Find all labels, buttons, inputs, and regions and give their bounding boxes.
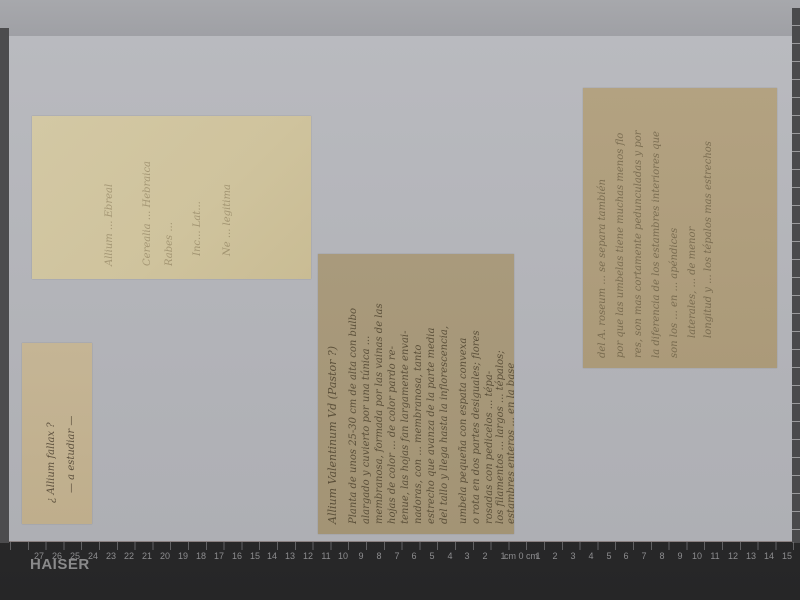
ruler-label: 1	[535, 551, 540, 561]
manuscript-card-d: del A. roseum ... se separa también por …	[583, 88, 777, 368]
handwriting-line: la diferencia de los estambres interiore…	[651, 131, 662, 358]
ruler-label: 6	[411, 551, 416, 561]
handwriting-line: Allium ... Ebreal	[104, 184, 115, 266]
ruler-label: 12	[303, 551, 313, 561]
ruler-ticks	[0, 542, 800, 550]
ruler-label: 2	[482, 551, 487, 561]
ruler-label: 18	[196, 551, 206, 561]
ruler-label: 5	[429, 551, 434, 561]
handwriting-line: Rabes ...	[164, 222, 175, 266]
handwriting-line: Ne ... legitima	[222, 184, 233, 256]
ruler-label: 5	[606, 551, 611, 561]
handwriting-line: ¿ Allium fallax ?	[46, 422, 57, 503]
ruler-label: 11	[321, 551, 330, 561]
ruler-label: 10	[338, 551, 348, 561]
handwriting-line: Cerealia ... Hebraica	[142, 161, 153, 266]
handwriting-line: membranosa, formada por las vainas de la…	[374, 303, 385, 524]
handwriting-line: rosadas con pedicelos ... tépa-	[484, 371, 495, 524]
ruler-label: 16	[232, 551, 242, 561]
ruler-label: 19	[178, 551, 188, 561]
ruler-label: 13	[285, 551, 295, 561]
ruler-label: 3	[570, 551, 575, 561]
ruler-label: 2	[552, 551, 557, 561]
ruler-label: 3	[464, 551, 469, 561]
handwriting-line: hojas de color ... de color pardo re-	[387, 346, 398, 524]
ruler-label: 12	[728, 551, 738, 561]
ruler-label: 11	[710, 551, 719, 561]
handwriting-line: del A. roseum ... se separa también	[597, 179, 608, 358]
manuscript-card-c: Allium Valentinum Vd (Pastor ?) Planta d…	[318, 254, 514, 534]
ruler-label: 8	[376, 551, 381, 561]
handwriting-line: o rota en dos partes desiguales; flores	[471, 330, 482, 524]
ruler-label: 20	[160, 551, 170, 561]
ruler-label: 14	[764, 551, 774, 561]
ruler-label: 14	[267, 551, 277, 561]
ruler-label: 7	[641, 551, 646, 561]
ruler-label: 8	[659, 551, 664, 561]
ruler-label: 4	[447, 551, 452, 561]
ruler-label: 4	[588, 551, 593, 561]
handwriting-line: laterales, ... de menor	[687, 227, 698, 338]
ruler-label: 6	[623, 551, 628, 561]
mat-left-edge	[0, 28, 9, 543]
ruler-label: 15	[250, 551, 260, 561]
ruler-label: 13	[746, 551, 756, 561]
cm-ruler: 27 26 25 24 23 22 21 20 19 18 17 16 15 1…	[0, 542, 800, 600]
ruler-label: 7	[394, 551, 399, 561]
handwriting-line: son los ... en ... apéndices	[669, 228, 680, 358]
handwriting-line: alargado y cuvierto por una túnica ...	[361, 336, 372, 524]
mat-grid-strip	[792, 8, 800, 543]
handwriting-line: res, son mas cortamente pedunculadas y p…	[633, 130, 644, 358]
brand-logo: HAISER	[30, 556, 90, 573]
handwriting-line: estrecho que avanza de la parte media	[426, 328, 437, 524]
ruler-label: 15	[782, 551, 792, 561]
ruler-label: 17	[214, 551, 224, 561]
handwriting-title: Allium Valentinum Vd (Pastor ?)	[326, 346, 339, 524]
handwriting-line: — a estudiar —	[66, 416, 77, 493]
manuscript-slip-b: ¿ Allium fallax ? — a estudiar —	[22, 343, 92, 524]
handwriting-line: nadoras, con ... membranosa, tanto	[413, 345, 424, 524]
handwriting-line: tenue, las hojas fan largamente envai-	[400, 331, 411, 525]
handwriting-line: umbela pequeña con espata convexa	[458, 338, 469, 524]
ruler-label: 22	[124, 551, 134, 561]
ruler-label: 23	[106, 551, 116, 561]
ruler-label: 9	[358, 551, 363, 561]
handwriting-line: del tallo y llega hasta la inflorescenci…	[439, 326, 450, 524]
handwriting-line: longitud y ... los tépalos mas estrechos	[703, 141, 714, 338]
ruler-label: 10	[692, 551, 702, 561]
handwriting-line: estambres enteros ... en la base	[506, 363, 514, 524]
manuscript-sheet-a: Allium ... Ebreal Cerealia ... Hebraica …	[32, 116, 311, 279]
ruler-label: 9	[677, 551, 682, 561]
backdrop	[0, 0, 800, 36]
handwriting-line: por que las umbelas tiene muchas menos f…	[615, 133, 626, 358]
ruler-label: 21	[142, 551, 152, 561]
handwriting-line: Inc... Lat...	[192, 201, 203, 256]
ruler-center-label: cm 0 cm	[504, 551, 538, 561]
handwriting-line: los filamentos ... largos ... tépalos;	[495, 350, 506, 524]
handwriting-line: Planta de unos 25-30 cm de alta con bulb…	[348, 308, 359, 524]
